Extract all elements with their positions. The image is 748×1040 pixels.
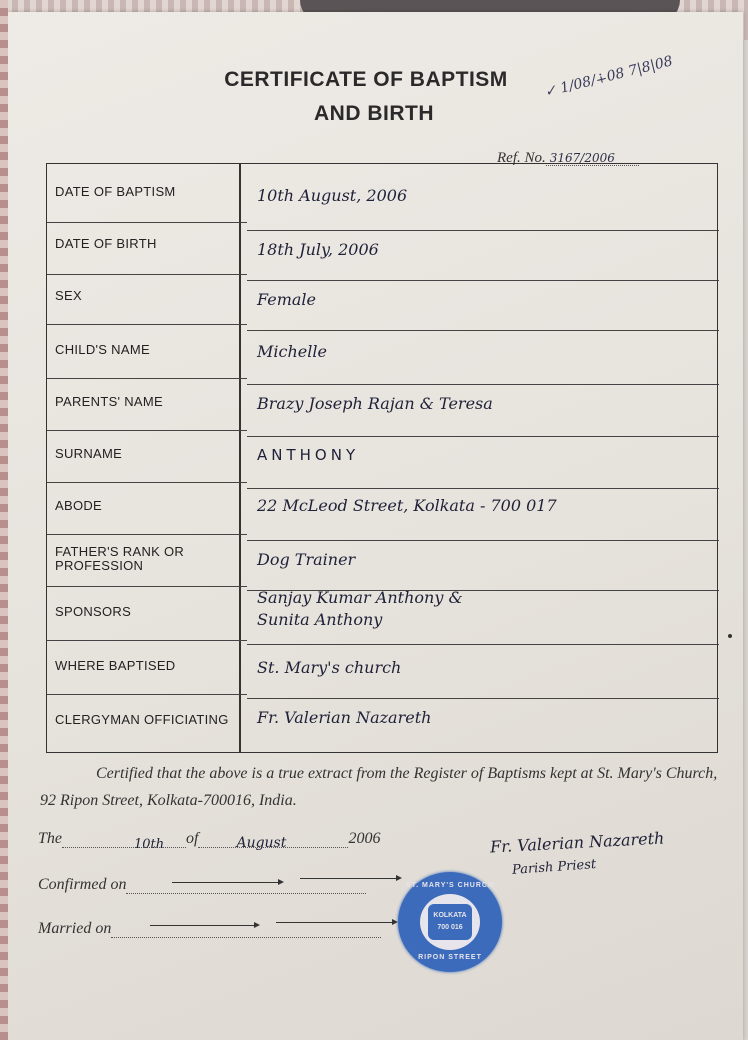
month-value: August [236, 835, 286, 851]
row-line [47, 534, 247, 535]
label-parents-name: PARENTS' NAME [55, 394, 163, 409]
of-label: of [186, 830, 198, 847]
dash-mark [172, 882, 282, 883]
background-fabric-left [0, 0, 8, 1040]
value-childs-name: Michelle [257, 342, 327, 361]
ink-speck [728, 634, 732, 638]
row-line [247, 330, 719, 331]
dash-mark [150, 925, 258, 926]
row-line [47, 274, 247, 275]
label-abode: ABODE [55, 498, 102, 513]
dash-mark [300, 878, 400, 879]
label-childs-name: CHILD'S NAME [55, 342, 150, 357]
value-abode: 22 McLeod Street, Kolkata - 700 017 [257, 496, 557, 515]
month-field: August [198, 847, 348, 848]
confirmed-field [126, 893, 366, 894]
stamp-top-text: ST. MARY'S CHURCH [398, 882, 502, 889]
row-line [47, 482, 247, 483]
stamp-center-text: KOLKATA 700 016 [428, 904, 472, 940]
label-date-of-baptism: DATE OF BAPTISM [55, 184, 176, 199]
certificate-table: DATE OF BAPTISM 10th August, 2006 DATE O… [46, 163, 718, 753]
dash-mark [276, 922, 396, 923]
row-line [47, 378, 247, 379]
row-line [247, 698, 719, 699]
value-sponsors-line1: Sanjay Kumar Anthony & [257, 588, 463, 607]
row-line [247, 644, 719, 645]
value-date-of-birth: 18th July, 2006 [257, 240, 379, 259]
value-sponsors-line2: Sunita Anthony [257, 610, 382, 629]
label-sex: SEX [55, 288, 82, 303]
label-clergyman: CLERGYMAN OFFICIATING [55, 712, 229, 727]
label-sponsors: SPONSORS [55, 604, 131, 619]
row-line [47, 640, 247, 641]
day-value: 10th [134, 837, 164, 852]
row-line [47, 324, 247, 325]
year-value: 2006 [348, 830, 380, 847]
row-line [47, 694, 247, 695]
row-line [247, 540, 719, 541]
label-where-baptised: WHERE BAPTISED [55, 658, 176, 673]
row-line [47, 222, 247, 223]
value-parents-name: Brazy Joseph Rajan & Teresa [257, 394, 493, 413]
confirmed-label: Confirmed on [38, 876, 126, 893]
the-label: The [38, 830, 62, 847]
row-line [247, 384, 719, 385]
day-field: 10th [62, 847, 186, 848]
value-fathers-profession: Dog Trainer [257, 550, 355, 569]
column-divider [239, 164, 241, 752]
row-line [47, 586, 247, 587]
married-field [111, 937, 381, 938]
row-line [247, 280, 719, 281]
certification-statement: Certified that the above is a true extra… [40, 760, 720, 814]
label-date-of-birth: DATE OF BIRTH [55, 236, 157, 251]
value-surname: ANTHONY [257, 446, 359, 464]
row-line [247, 230, 719, 231]
value-clergyman: Fr. Valerian Nazareth [257, 708, 431, 727]
label-surname: SURNAME [55, 446, 122, 461]
value-sex: Female [257, 290, 316, 309]
row-line [247, 488, 719, 489]
value-date-of-baptism: 10th August, 2006 [257, 186, 407, 205]
value-where-baptised: St. Mary's church [257, 658, 401, 677]
issue-date-line: The10thofAugust2006 [38, 830, 380, 848]
church-seal-stamp: ST. MARY'S CHURCH KOLKATA 700 016 RIPON … [398, 872, 502, 972]
label-fathers-profession: PROFESSION [55, 558, 143, 573]
label-fathers-rank: FATHER'S RANK OR [55, 544, 184, 559]
married-label: Married on [38, 920, 111, 937]
row-line [247, 436, 719, 437]
stamp-bottom-text: RIPON STREET [398, 954, 502, 961]
row-line [47, 430, 247, 431]
